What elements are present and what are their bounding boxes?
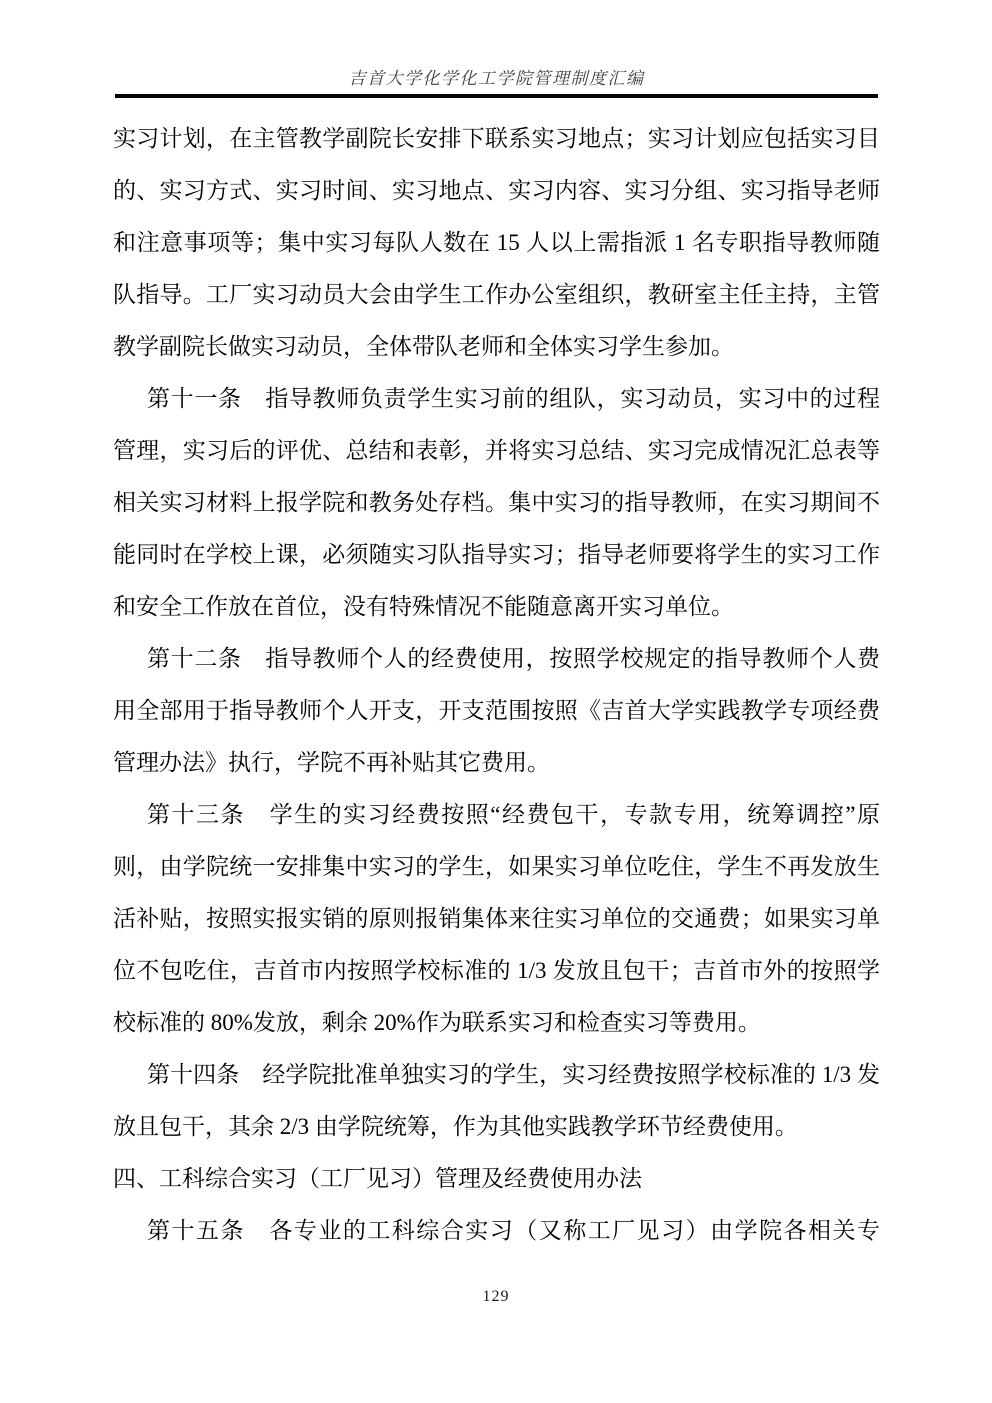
paragraph-article-15: 第十五条 各专业的工科综合实习（又称工厂见习）由学院各相关专 <box>113 1205 880 1257</box>
paragraph-article-11: 第十一条 指导教师负责学生实习前的组队，实习动员，实习中的过程管理，实习后的评优… <box>113 373 880 633</box>
section-heading-4: 四、工科综合实习（工厂见习）管理及经费使用办法 <box>113 1153 880 1205</box>
page-number: 129 <box>483 1288 510 1305</box>
header-title: 吉首大学化学化工学院管理制度汇编 <box>349 64 645 94</box>
paragraph-continuation: 实习计划，在主管教学副院长安排下联系实习地点；实习计划应包括实习目的、实习方式、… <box>113 113 880 373</box>
page-footer: 129 <box>0 1288 992 1306</box>
document-body: 实习计划，在主管教学副院长安排下联系实习地点；实习计划应包括实习目的、实习方式、… <box>113 113 880 1257</box>
paragraph-article-13: 第十三条 学生的实习经费按照“经费包干，专款专用，统筹调控”原则，由学院统一安排… <box>113 789 880 1049</box>
page-header: 吉首大学化学化工学院管理制度汇编 <box>115 0 878 98</box>
document-page: 吉首大学化学化工学院管理制度汇编 实习计划，在主管教学副院长安排下联系实习地点；… <box>0 0 992 1403</box>
paragraph-article-14: 第十四条 经学院批准单独实习的学生，实习经费按照学校标准的 1/3 发放且包干，… <box>113 1049 880 1153</box>
paragraph-article-12: 第十二条 指导教师个人的经费使用，按照学校规定的指导教师个人费用全部用于指导教师… <box>113 633 880 789</box>
